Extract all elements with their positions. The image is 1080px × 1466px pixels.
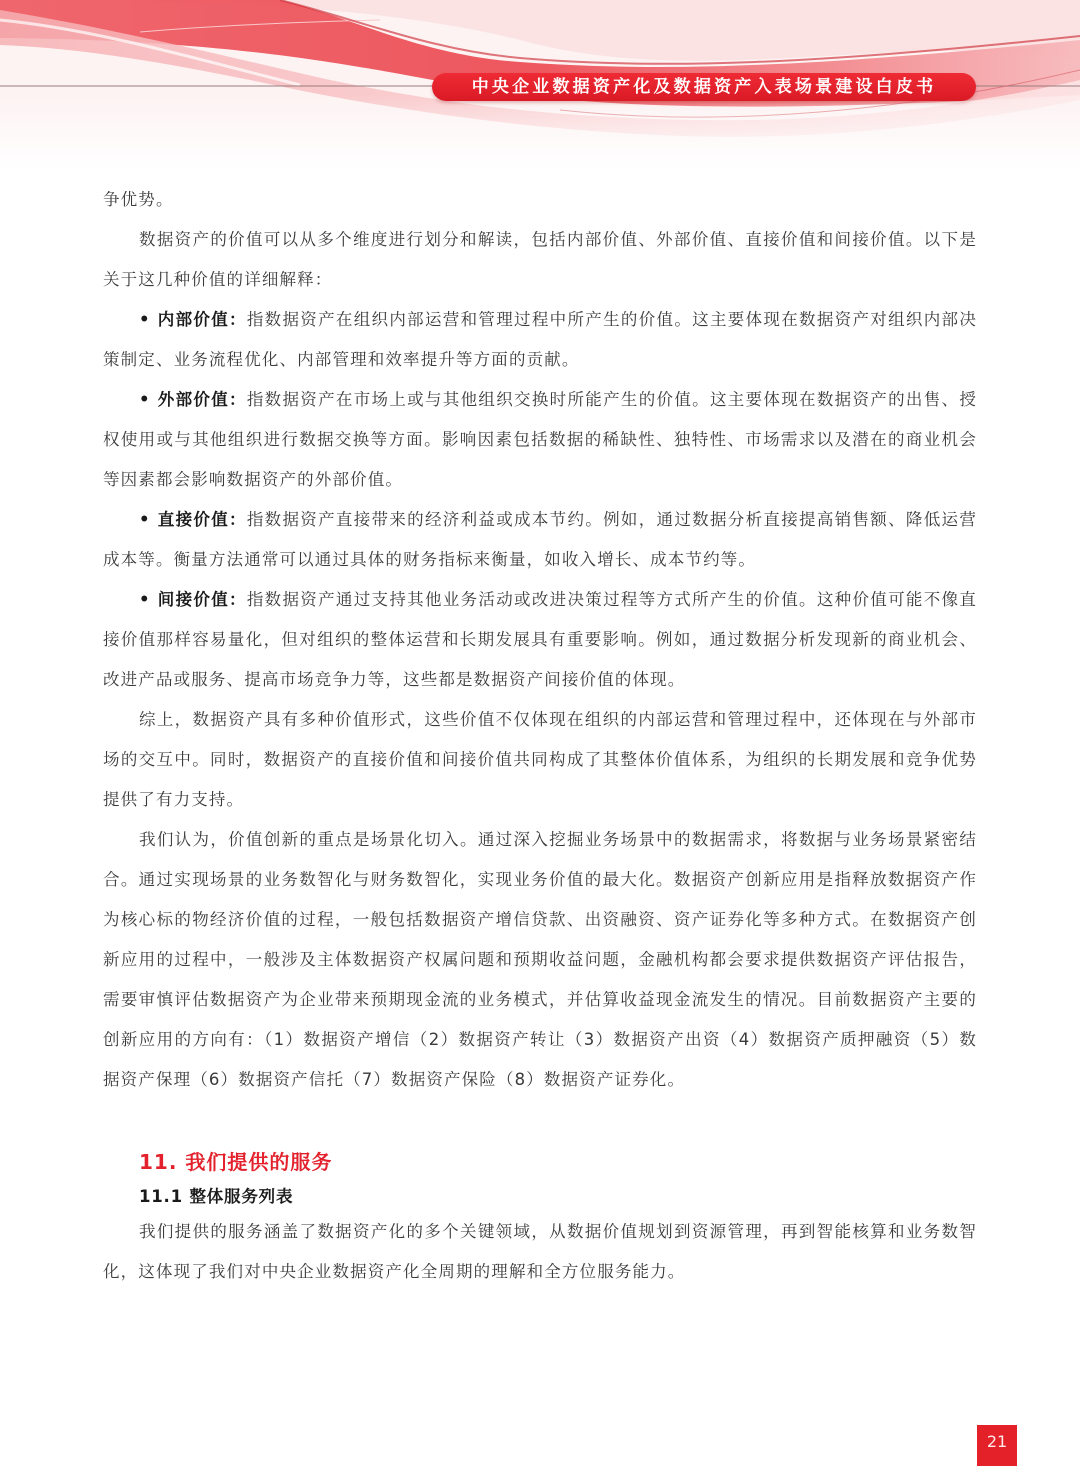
paragraph-value-innovation: 我们认为，价值创新的重点是场景化切入。通过深入挖掘业务场景中的数据需求，将数据与… (103, 820, 977, 1100)
bullet-label: • 间接价值： (139, 590, 247, 609)
section-heading: 11. 我们提供的服务 (139, 1146, 977, 1178)
bullet-label: • 内部价值： (139, 310, 247, 329)
page-header-banner: 中央企业数据资产化及数据资产入表场景建设白皮书 (0, 0, 1080, 170)
bullet-indirect-value: • 间接价值：指数据资产通过支持其他业务活动或改进决策过程等方式所产生的价值。这… (103, 580, 977, 700)
paragraph-services-overview: 我们提供的服务涵盖了数据资产化的多个关键领域，从数据价值规划到资源管理，再到智能… (103, 1212, 977, 1292)
bullet-external-value: • 外部价值：指数据资产在市场上或与其他组织交换时所能产生的价值。这主要体现在数… (103, 380, 977, 500)
subsection-heading: 11.1 整体服务列表 (139, 1182, 977, 1212)
bullet-label: • 直接价值： (139, 510, 247, 529)
document-title-banner: 中央企业数据资产化及数据资产入表场景建设白皮书 (432, 73, 976, 101)
paragraph-value-dimensions: 数据资产的价值可以从多个维度进行划分和解读，包括内部价值、外部价值、直接价值和间… (103, 220, 977, 300)
paragraph-continuation: 争优势。 (103, 180, 977, 220)
page-body: 争优势。 数据资产的价值可以从多个维度进行划分和解读，包括内部价值、外部价值、直… (103, 180, 977, 1292)
bullet-label: • 外部价值： (139, 390, 247, 409)
bullet-internal-value: • 内部价值：指数据资产在组织内部运营和管理过程中所产生的价值。这主要体现在数据… (103, 300, 977, 380)
bullet-direct-value: • 直接价值：指数据资产直接带来的经济利益或成本节约。例如，通过数据分析直接提高… (103, 500, 977, 580)
page-number-badge: 21 (977, 1425, 1017, 1466)
paragraph-summary: 综上，数据资产具有多种价值形式，这些价值不仅体现在组织的内部运营和管理过程中，还… (103, 700, 977, 820)
